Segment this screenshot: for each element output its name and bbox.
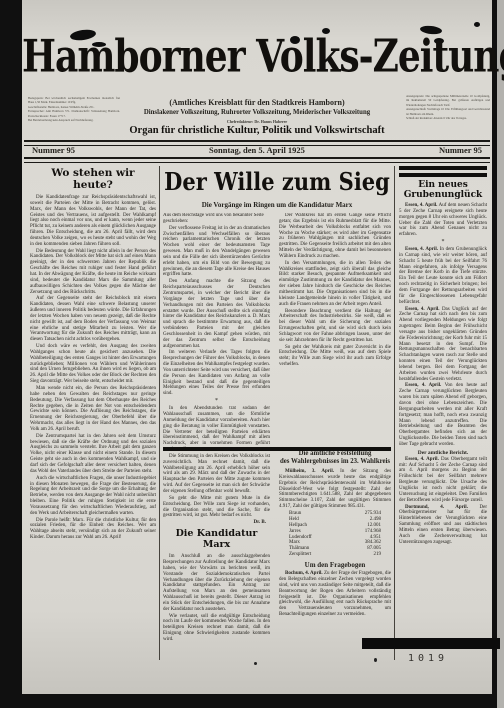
news-text: Der Oberbürgermeister hat für die Hinter… bbox=[399, 505, 487, 545]
issue-number-right: Nummer 95 bbox=[439, 145, 482, 155]
scan-edge bbox=[497, 0, 504, 708]
inner-column-gap bbox=[270, 213, 279, 659]
article-paragraph: So geht die Mitte mit gutem Mute in die … bbox=[163, 496, 270, 519]
news-text: Zu der Frage der Fragebogen, die den Bel… bbox=[279, 571, 391, 617]
article-headline-wo-stehen-wir: Wo stehen wir heute? bbox=[30, 167, 156, 191]
middle-right-column: Der Wahlkreis hat im ersten Gange seine … bbox=[279, 213, 391, 659]
article-paragraph: Bochum, 4. April. Zu der Frage der Frage… bbox=[279, 571, 391, 618]
vote-count: 219 bbox=[374, 552, 382, 558]
results-headline: Die amtliche Feststellung des Wahlergebn… bbox=[279, 450, 391, 466]
article-paragraph: Der Wahlkreis hat im ersten Gange seine … bbox=[279, 213, 391, 260]
news-text: Von den heute auf Zeche Carnap verunglüc… bbox=[399, 383, 487, 446]
article-paragraph: Im Anschluß an die ausschlaggebenden Bes… bbox=[163, 554, 270, 612]
column-right: Ein neues Grubenunglück Essen, 4. April.… bbox=[399, 166, 487, 660]
news-dateline: Essen, 4. April. bbox=[405, 307, 439, 312]
news-dateline: Essen, 4. April. bbox=[405, 203, 437, 208]
news-text: Auf dem neuen Schacht 5 der Zeche Carnap… bbox=[399, 203, 487, 237]
section-divider-bar bbox=[163, 447, 391, 451]
ink-dot bbox=[374, 658, 377, 662]
redaction-bar bbox=[362, 638, 500, 649]
news-item: Essen, 4. April. Das Oberbergamt teilt m… bbox=[399, 457, 487, 504]
news-dateline: Essen, 4. April. bbox=[405, 383, 441, 388]
article-paragraph: So geht der Wahlkreis mit guter Zuversic… bbox=[279, 345, 391, 368]
news-item: Essen, 4. April. Von den heute auf Zeche… bbox=[399, 383, 487, 447]
results-intro-text: In der Sitzung des Kreiswahlausschusses … bbox=[279, 469, 391, 509]
column-rule bbox=[394, 166, 395, 660]
article-paragraph: Und doch wäre es verfehlt, den Ausgang d… bbox=[30, 344, 156, 385]
chief-editor-line: Chefredakteur: Dr. Hanns Haberer bbox=[22, 119, 492, 124]
article-paragraph: Man wende nicht ein, die Person des Reic… bbox=[30, 386, 156, 433]
article-paragraph: Im weiteren Verlaufe des Tages folgten d… bbox=[163, 350, 270, 397]
article-paragraph: In den Versammlungen, die in allen Teile… bbox=[279, 261, 391, 308]
article-paragraph: Die Parole heißt: Marx. Für die christli… bbox=[30, 518, 156, 541]
editions-line: Dinslakener Volkszeitung, Ruhrorter Volk… bbox=[22, 109, 492, 116]
column-left: Wo stehen wir heute? Die Kandidatenfrage… bbox=[30, 166, 156, 660]
news-dateline: Essen, 4. April. bbox=[405, 247, 438, 252]
article-headline-fragebogen: Um den Fragebogen bbox=[279, 561, 391, 569]
newspaper-page: Hamborner Volks-Zeitung Bezugspreis: Bei… bbox=[22, 0, 492, 694]
heavy-rule bbox=[399, 166, 487, 170]
issue-number-left: Nummer 95 bbox=[32, 145, 75, 155]
results-intro: Mülheim, 3. April. In der Sitzung des Kr… bbox=[279, 469, 391, 510]
official-report-head: Der amtliche Bericht. bbox=[399, 450, 487, 456]
news-item: Essen, 4. April. In dem Grubenunglück in… bbox=[399, 247, 487, 305]
correspondent-intro: Aus dem Reichstage wird uns von bekannte… bbox=[163, 213, 270, 225]
lead-headline: Der Wille zum Sieg bbox=[163, 167, 391, 196]
article-paragraph: Der verflossene Freitag ist in der an dr… bbox=[163, 226, 270, 279]
news-dateline: Dortmund, 4. April. bbox=[405, 505, 468, 510]
news-dateline: Essen, 4. April. bbox=[405, 457, 439, 462]
article-paragraph: Besondere Beachtung verdient die Haltung… bbox=[279, 309, 391, 344]
article-paragraph: Die Bedeutung der Wahl liegt nicht allei… bbox=[30, 249, 156, 296]
asterisk-separator: * bbox=[163, 398, 270, 405]
dateline-row: Sonntag, den 5. April 1925 Nummer 95 Num… bbox=[24, 145, 490, 155]
results-dateline: Mülheim, 3. April. bbox=[285, 469, 334, 474]
archive-stamp: 1019 bbox=[408, 653, 448, 664]
article-paragraph: In den Abendstunden trat sodann der Wahl… bbox=[163, 406, 270, 453]
middle-left-column: Aus dem Reichstage wird uns von bekannte… bbox=[163, 213, 270, 659]
author-signature: Dr. B. bbox=[163, 520, 270, 525]
article-paragraph: Den Anfang machte die Sitzung des Reichs… bbox=[163, 279, 270, 349]
lead-subhead: Die Vorgänge im Ringen um die Kandidatur… bbox=[163, 201, 391, 209]
issue-date: Sonntag, den 5. April 1925 bbox=[24, 145, 490, 155]
newspaper-scan: Hamborner Volks-Zeitung Bezugspreis: Bei… bbox=[0, 0, 504, 708]
rule-bottom bbox=[24, 157, 490, 163]
column-rule bbox=[159, 166, 160, 660]
article-paragraph: Die Kandidatenfrage zur Reichspräsidents… bbox=[30, 195, 156, 248]
masthead-title: Hamborner Volks-Zeitung bbox=[22, 30, 492, 83]
kreisblatt-line: (Amtliches Kreisblatt für den Stadtkreis… bbox=[22, 98, 492, 107]
news-text: Das Oberbergamt teilt mit: Auf Schacht 5… bbox=[399, 457, 487, 503]
article-paragraph: Wie verlautet, soll die endgültige Entsc… bbox=[163, 614, 270, 643]
results-table: Braun275.934 Held2.498 Hellpach12.001 Ja… bbox=[289, 511, 381, 558]
article-headline-kandidatur-marx: Die Kandidatur Marx bbox=[163, 528, 270, 550]
organ-motto-line: Organ für christliche Kultur, Politik un… bbox=[22, 125, 492, 136]
article-headline-grubenunglueck: Ein neues Grubenunglück bbox=[399, 180, 487, 200]
news-text: In dem Grubenunglück in Carnap sind, wie… bbox=[399, 247, 487, 305]
news-dateline: Bochum, 4. April. bbox=[285, 571, 323, 576]
asterisk-separator: * bbox=[399, 239, 487, 246]
article-paragraph: Auch die wirtschaftlichen Fragen, die un… bbox=[30, 476, 156, 517]
news-item: Dortmund, 4. April. Der Oberbürgermeiste… bbox=[399, 505, 487, 546]
column-middle: Der Wille zum Sieg Die Vorgänge im Ringe… bbox=[163, 166, 391, 660]
news-item: Essen, 4. April. Das Unglück auf der Zec… bbox=[399, 307, 487, 383]
ink-dot bbox=[254, 662, 257, 665]
article-paragraph: Die Zentrumspartei hat in den Jahren sei… bbox=[30, 434, 156, 475]
lead-continuation: Der Wahlkreis hat im ersten Gange seine … bbox=[279, 213, 391, 446]
news-item: Essen, 4. April. Auf dem neuen Schacht 5… bbox=[399, 203, 487, 238]
candidate-name: Zersplittert bbox=[289, 552, 311, 558]
heavy-rule bbox=[399, 173, 487, 177]
table-row: Zersplittert219 bbox=[289, 552, 381, 558]
article-paragraph: Die Stimmung in den Kreisen des Volksblo… bbox=[163, 454, 270, 495]
news-text: Das Unglück auf der Zeche Carnap hat sic… bbox=[399, 307, 487, 382]
article-paragraph: Auf der Gegenseite steht der Reichsblock… bbox=[30, 296, 156, 343]
